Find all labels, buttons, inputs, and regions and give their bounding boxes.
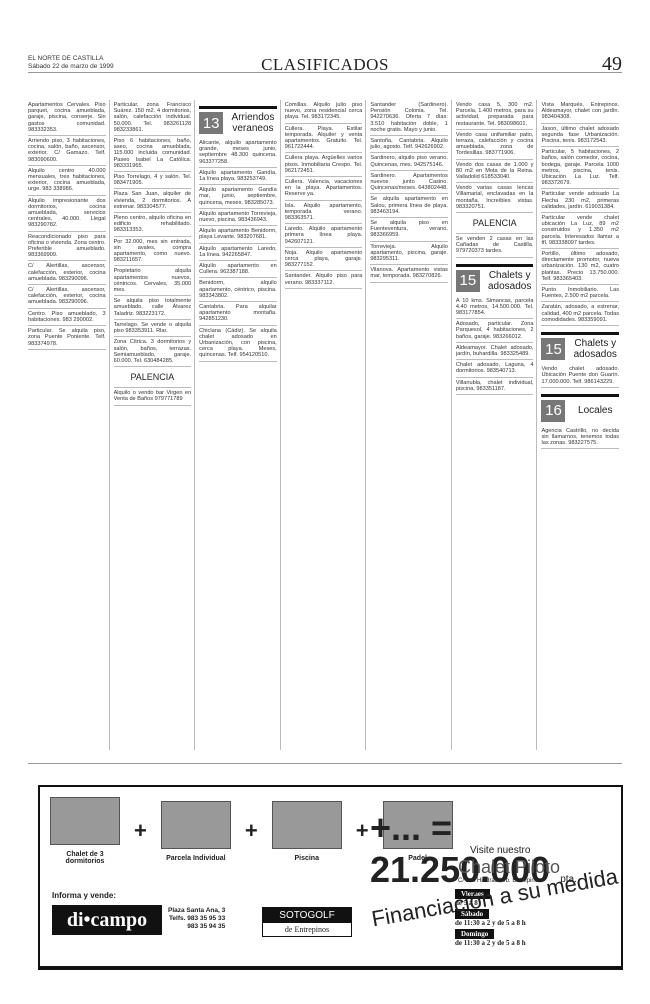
plus-sign: + [356, 818, 369, 844]
classified-ad: C/ Alertillas, ascensor, calefacción, ex… [28, 285, 106, 309]
classified-ad: Sardinero. Apartamentos nuevos junto Cas… [370, 171, 448, 195]
classified-ad: Aldeamayor. Chalet adosado, jardín, buha… [456, 343, 534, 360]
classified-ad: Pleno centro, alquilo oficina en edifici… [114, 213, 192, 237]
visit-label: Visite nuestro [470, 845, 530, 856]
classified-ad: Particular, 5 habitaciones, 2 baños, sal… [541, 147, 619, 189]
classified-ad: Plaza San Juan, alquiler de vivienda, 2 … [114, 189, 192, 213]
classified-ad: Alquilo impresionante dos dormitorios, c… [28, 196, 106, 232]
section-header: 15Chalets y adosados [456, 264, 534, 292]
classified-ad: Vista Marqués, Entrepinos. Aldeamayor, c… [541, 100, 619, 124]
section-name: Chalets y adosados [486, 270, 534, 292]
section-number: 15 [541, 338, 565, 360]
classified-ad: Vendo casa unifamiliar patio, terraza, c… [456, 130, 534, 160]
classified-ad: Vendo chalet adosado. Ubicación Puente d… [541, 364, 619, 388]
classified-ad: Por 32.000, mes sin entrada, sin avales,… [114, 237, 192, 267]
feature-piscina: Piscina [272, 801, 342, 862]
section-header: 15Chalets y adosados [541, 332, 619, 360]
classified-ad: Alquilo centro 40.000 mensuales, tres ha… [28, 166, 106, 196]
classified-ad: Alquilo apartamento Benidorm, playa Leva… [199, 226, 277, 243]
classified-ad: Se alquila piso totalmente amueblado, ca… [114, 296, 192, 320]
classified-ad: Jason, último chalet adosado segunda fas… [541, 124, 619, 148]
column: Santander (Sardinero). Pensión Colonia. … [370, 100, 452, 750]
column: Vendo casa 5, 300 m2. Parcela, 1.400 met… [456, 100, 538, 750]
column: Vista Marqués, Entrepinos. Aldeamayor, c… [541, 100, 622, 750]
classified-ad: Agencia Castrillo, no decida sin llamarn… [541, 426, 619, 450]
classified-ad: Sardinero, alquilo piso verano. Quincena… [370, 153, 448, 170]
classified-ad: Particular. Se alquila piso, zona Puente… [28, 326, 106, 350]
classified-ad: Zona Cítrica. 3 dormitorios y salón, bañ… [114, 337, 192, 367]
classified-ad: Portillo, último adosado, directamente p… [541, 249, 619, 285]
classified-ad: Particular vende adosado La Flecha 230 m… [541, 189, 619, 213]
classified-ad: Piso Torrelago, 4 y salón. Tel. 98347190… [114, 172, 192, 189]
section-name: Chalets y adosados [571, 338, 619, 360]
classified-ad: Chalet adosado, Laguna, 4 dormitorios. 9… [456, 360, 534, 377]
classified-ad: Alquilo apartamento en Cullera. 96238718… [199, 261, 277, 278]
contact-info: Plaza Santa Ana, 3Telfs. 983 35 95 33983… [168, 907, 225, 931]
classified-ad: Alquilo apartamento Gandía, 1a línea pla… [199, 168, 277, 185]
page-header: EL NORTE DE CASTILLASábado 22 de marzo d… [28, 55, 622, 73]
classified-ad: Centro. Piso amueblado, 3 habitaciones. … [28, 309, 106, 326]
classified-ad: Alquilo o vendo bar Virgen en Venta de B… [114, 388, 192, 405]
classifieds-columns: Apartamentos Cervales. Piso parquet, coc… [28, 100, 622, 750]
classified-ad: Apartamentos Cervales. Piso parquet, coc… [28, 100, 106, 136]
classified-ad: Cullera. Playa. Estilar temporada. Alqui… [285, 124, 363, 154]
classified-ad: Santander (Sardinero). Pensión Colonia. … [370, 100, 448, 136]
classified-ad: Piso 6 habitaciones, baño, aseo, cocina … [114, 136, 192, 172]
feature-parcela: Parcela Individual [161, 801, 231, 862]
column: Apartamentos Cervales. Piso parquet, coc… [28, 100, 110, 750]
classified-ad: Vendo casa 5, 300 m2. Parcela, 1.400 met… [456, 100, 534, 130]
section-header: 16Locales [541, 394, 619, 422]
sotogolf-logo: SOTOGOLFde Entrepinos [262, 907, 352, 937]
classified-ad: Propietario alquila apartamentos nuevos,… [114, 266, 192, 296]
classified-ad: Zaratán, adosado, a estrenar, calidad, 4… [541, 302, 619, 326]
classified-ad: Alquilo apartamento Laredo, 1a línea. 94… [199, 244, 277, 261]
city-heading: PALENCIA [114, 367, 192, 388]
classified-ad: Noja. Alquilo apartamento cerca playa, g… [285, 248, 363, 272]
inform-label: Informa y vende: [52, 891, 116, 900]
city-heading: PALENCIA [456, 213, 534, 234]
barbecue-image [161, 801, 231, 849]
column: 13Arriendos veraneosAlicante, alquilo ap… [199, 100, 281, 750]
section-number: 16 [541, 400, 565, 422]
advertisement-banner: Chalet de 3 dormitorios + Parcela Indivi… [38, 785, 623, 970]
section-number: 15 [456, 270, 480, 292]
classified-ad: Laredo. Alquilo apartamento primera líne… [285, 224, 363, 248]
classified-ad: Villanubla, chalet individual, piscina, … [456, 378, 534, 395]
classified-ad: Chiclana (Cádiz). Se alquila chalet ados… [199, 326, 277, 362]
classified-ad: Torrevieja. Alquilo apartamento, piscina… [370, 242, 448, 266]
classified-ad: Adosado, particular. Zona Parquesol, 4 h… [456, 319, 534, 343]
classified-ad: Particular, zona Francisco Suárez. 150 m… [114, 100, 192, 136]
classified-ad: A 10 kms. Simancas, parcela 4.40 metros,… [456, 296, 534, 320]
classified-ad: Alquilo apartamento Gandía mar, junio, s… [199, 185, 277, 209]
classified-ad: Santoña, Cantabria. Alquilo julio, agost… [370, 136, 448, 153]
classified-ad: Cullera. Valencia, vacaciones en la play… [285, 177, 363, 201]
classified-ad: Punto Inmobiliario. Las Fuentes, 2.500 m… [541, 285, 619, 302]
column: Comillas. Alquilo julio piso nuevo, zona… [285, 100, 367, 750]
divider [28, 763, 622, 764]
classified-ad: Benidorm, alquilo apartamento, céntrico,… [199, 278, 277, 302]
classified-ad: Cullera playa. Argüelles varios pisos. I… [285, 153, 363, 177]
classified-ad: Vendo varias casas lencas Villamarial, e… [456, 183, 534, 213]
classified-ad: Comillas. Alquilo julio piso nuevo, zona… [285, 100, 363, 124]
classified-ad: Alicante, alquilo apartamento grande, me… [199, 138, 277, 168]
classified-ad: Vendo dos casas de 1.000 y 80 m2 en Mota… [456, 160, 534, 184]
section-name: Arriendos veraneos [229, 112, 277, 134]
classified-ad: Alquilo apartamento Torrevieja, nuevo, p… [199, 209, 277, 226]
dicampo-logo: di•campo [52, 905, 162, 935]
classified-ad: Arriendo piso, 3 habitaciones, cocina, s… [28, 136, 106, 166]
feature-chalet: Chalet de 3 dormitorios [50, 797, 120, 865]
column: Particular, zona Francisco Suárez. 150 m… [114, 100, 196, 750]
classified-ad: Reacondicionado piso para oficina o vivi… [28, 232, 106, 262]
classified-ad: Tarrelago. Se vende o alquila piso 98335… [114, 320, 192, 337]
section-name: Locales [571, 405, 619, 416]
pool-image [272, 801, 342, 849]
plus-sign: + [245, 818, 258, 844]
classified-ad: C/ Alertillas, ascensor, calefacción, ex… [28, 261, 106, 285]
classified-ad: Cantabria. Para alquilar apartamento mon… [199, 302, 277, 326]
classified-ad: Se alquila apartamento en Salou, primera… [370, 194, 448, 218]
classified-ad: Se alquila piso en Fuenteventura, verano… [370, 218, 448, 242]
classified-ad: Isla. Alquilo apartamento, temporada ver… [285, 201, 363, 225]
classified-ad: Vilanova. Apartamento vistas mar, tempor… [370, 265, 448, 282]
section-number: 13 [199, 112, 223, 134]
plus-sign: + [134, 818, 147, 844]
section-title: CLASIFICADOS [28, 55, 622, 75]
classified-ad: Santander. Alquilo piso para verano. 983… [285, 271, 363, 288]
floorplan-image [50, 797, 120, 845]
classified-ad: Particular vende chalet ubicación La Luz… [541, 213, 619, 249]
page-number: 49 [602, 53, 622, 76]
classified-ad: Se venden 2 casas en las Cañadas de Cast… [456, 234, 534, 258]
section-header: 13Arriendos veraneos [199, 106, 277, 134]
